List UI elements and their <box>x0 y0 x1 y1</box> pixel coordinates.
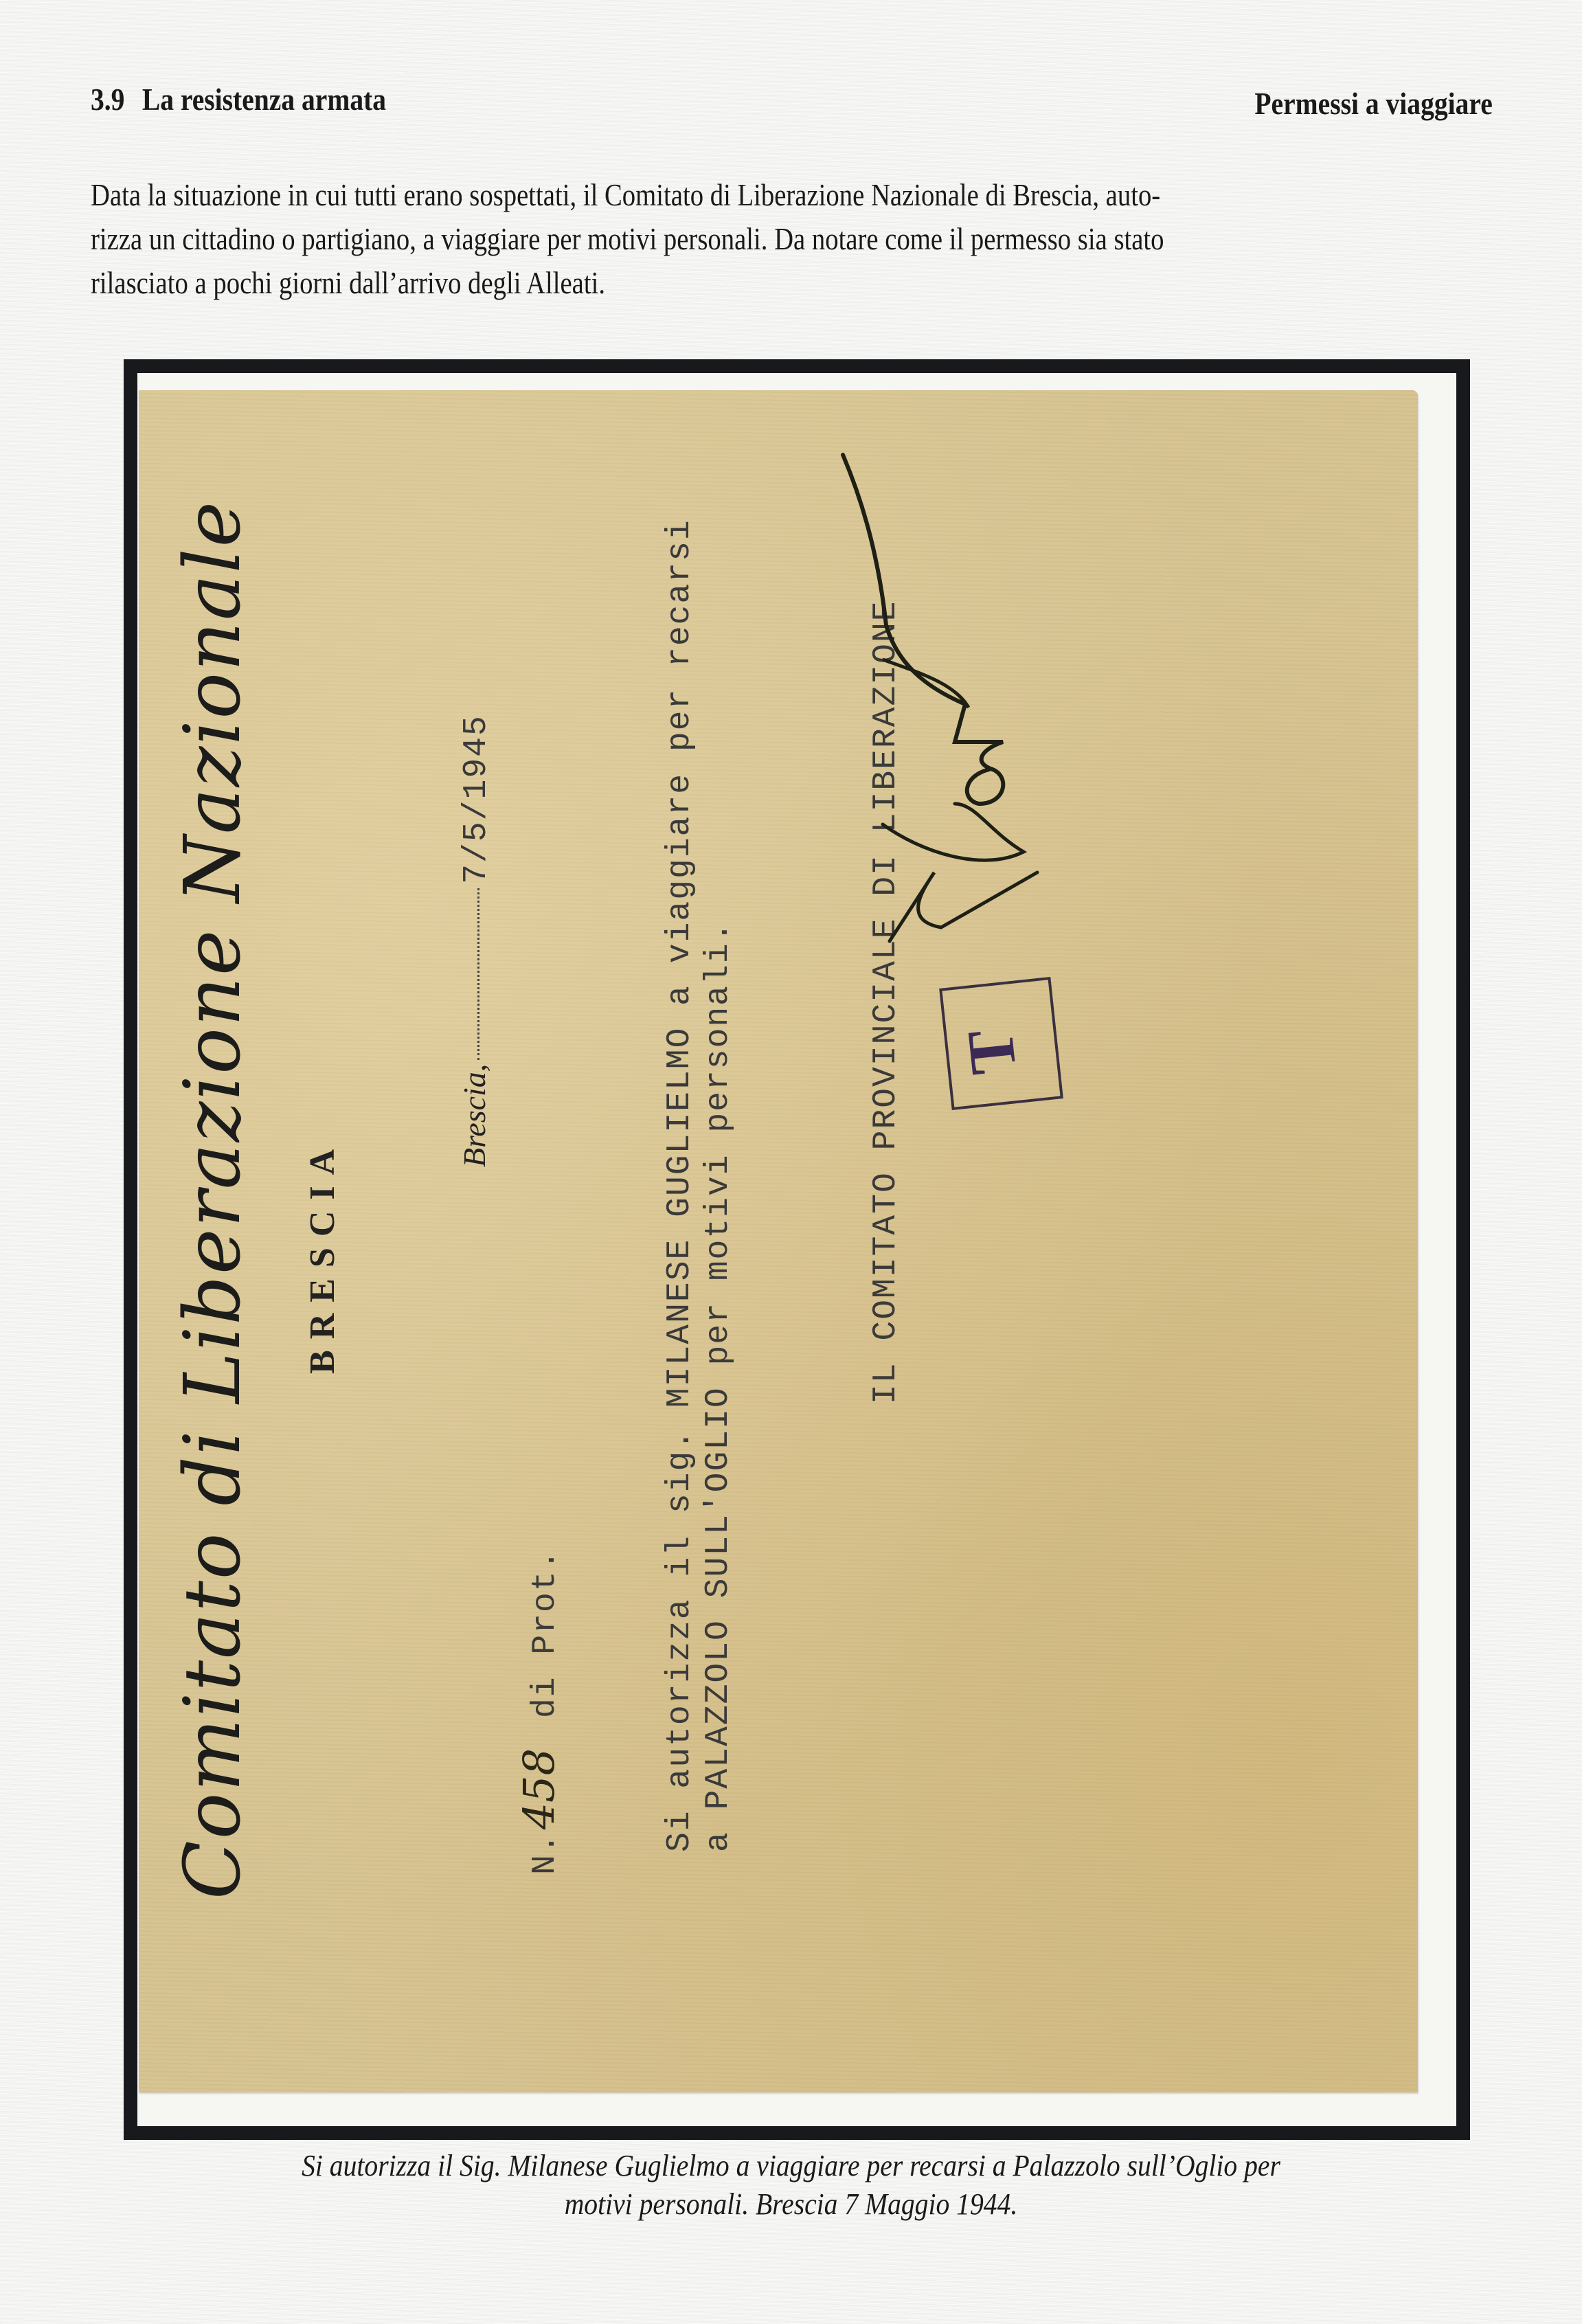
caption: Si autorizza il Sig. Milanese Guglielmo … <box>0 2147 1582 2224</box>
intro-line: rilasciato a pochi giorni dall’arrivo de… <box>91 261 1479 305</box>
protocol-suffix: di Prot. <box>527 1549 564 1718</box>
section-number: 3.9 <box>91 82 124 117</box>
intro-line: Data la situazione in cui tutti erano so… <box>91 173 1479 217</box>
letterhead-city: BRESCIA <box>302 1138 343 1374</box>
intro-paragraph: Data la situazione in cui tutti erano so… <box>91 173 1479 305</box>
signatory-line: IL COMITATO PROVINCIALE DI LIBERAZIONE <box>867 600 905 1404</box>
date-value: 7/5/1945 <box>458 714 495 883</box>
caption-line: Si autorizza il Sig. Milanese Guglielmo … <box>79 2147 1503 2185</box>
cln-stamp: T <box>939 977 1063 1110</box>
body-line: a PALAZZOLO SULL'OGLIO per motivi person… <box>699 921 738 1852</box>
stamp-t-icon: T <box>951 1026 1032 1077</box>
letterhead-title: Comitato di Liberazione Nazionale <box>172 500 254 1899</box>
protocol-line: N. 458 di Prot. <box>514 1549 565 1875</box>
protocol-prefix: N. <box>527 1832 564 1875</box>
caption-line: motivi personali. Brescia 7 Maggio 1944. <box>79 2185 1503 2224</box>
section-title: La resistenza armata <box>142 82 386 117</box>
protocol-number: 458 <box>514 1748 564 1829</box>
date-line: Brescia,7/5/1945 <box>455 714 496 1167</box>
place-label: Brescia, <box>457 1064 492 1167</box>
date-dotted-line <box>477 888 479 1060</box>
intro-line: rizza un cittadino o partigiano, a viagg… <box>91 217 1479 261</box>
page-heading: 3.9 La resistenza armata <box>91 81 386 117</box>
topic-label: Permessi a viaggiare <box>1255 85 1493 122</box>
body-line: Si autorizza il sig. MILANESE GUGLIELMO … <box>661 519 699 1852</box>
